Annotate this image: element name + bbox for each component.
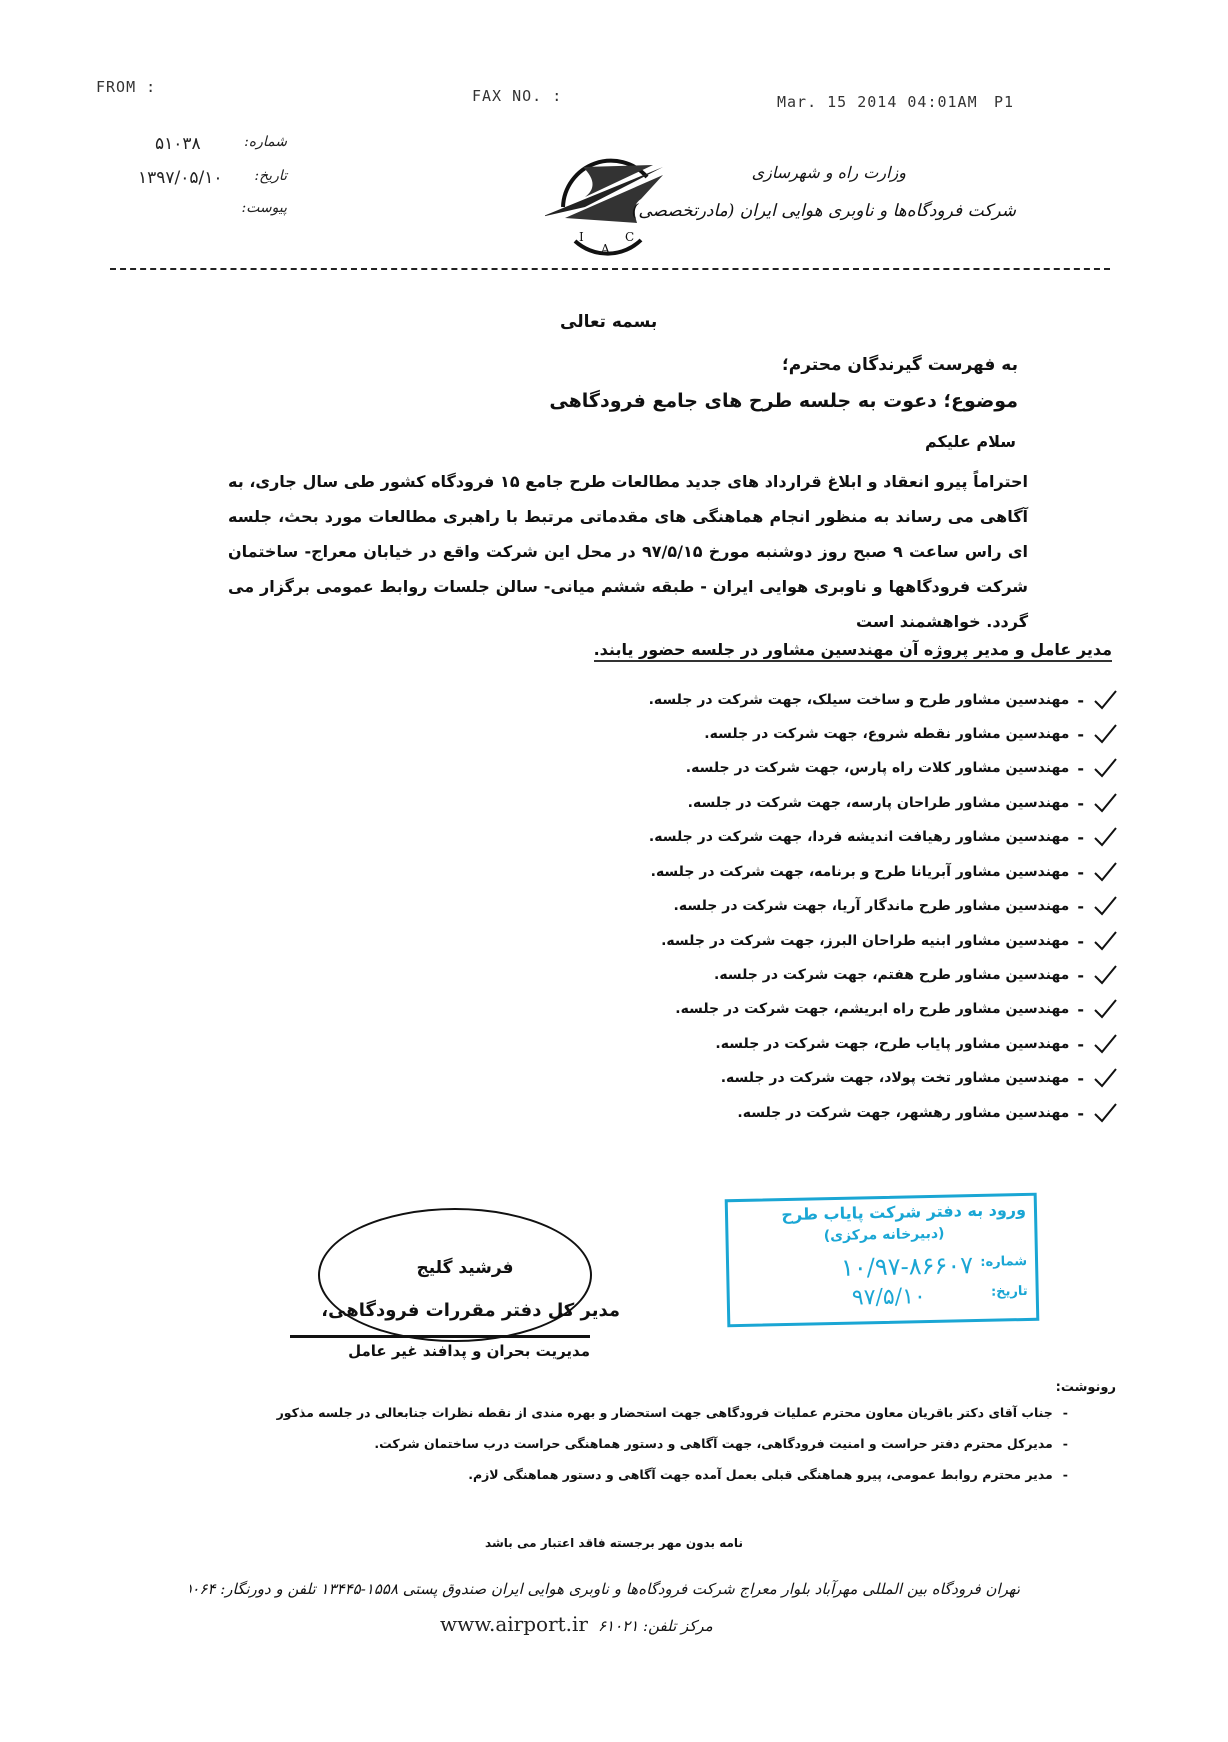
letter-body: احتراماً پیرو انعقاد و ابلاغ قرارداد های… bbox=[228, 464, 1028, 639]
footer-address: تهران فرودگاه بین المللی مهرآباد بلوار م… bbox=[190, 1580, 1020, 1598]
letter-date-label: تاریخ: bbox=[232, 168, 287, 184]
svg-text:C: C bbox=[625, 230, 634, 244]
svg-text:A: A bbox=[600, 242, 610, 256]
footer-notice: نامه بدون مهر برجسته فاقد اعتبار می باشد bbox=[0, 1536, 1228, 1550]
cc-item: -مدیرکل محترم دفتر حراست و امنیت فرودگاه… bbox=[374, 1436, 1068, 1451]
letter-body-last-line: مدیر عامل و مدیر پروژه آن مهندسین مشاور … bbox=[594, 640, 1112, 662]
list-item: -مهندسین مشاور نقطه شروع، جهت شرکت در جل… bbox=[704, 719, 1118, 749]
subject-line: موضوع؛ دعوت به جلسه طرح های جامع فرودگاه… bbox=[318, 390, 1018, 412]
letter-number-label: شماره: bbox=[232, 134, 287, 150]
header-divider bbox=[110, 268, 1110, 270]
cc-item: -جناب آقای دکتر باقریان معاون محترم عملی… bbox=[277, 1405, 1068, 1420]
checkmark-icon bbox=[1092, 826, 1118, 848]
checkmark-icon bbox=[1092, 861, 1118, 883]
list-item: -مهندسین مشاور طرح هفتم، جهت شرکت در جلس… bbox=[714, 960, 1118, 990]
fax-number: FAX NO. : bbox=[472, 87, 562, 105]
cc-item: -مدیر محترم روابط عمومی، پیرو هماهنگی قب… bbox=[468, 1467, 1068, 1482]
stamp-number-value: ۱۰/۹۷-۸۶۶۰۷ bbox=[841, 1251, 974, 1282]
svg-text:I: I bbox=[579, 230, 584, 244]
list-item: -مهندسین مشاور طرح ماندگار آریا، جهت شرک… bbox=[674, 891, 1118, 921]
checkmark-icon bbox=[1092, 998, 1118, 1020]
checkmark-icon bbox=[1092, 964, 1118, 986]
list-item: -مهندسین مشاور کلات راه پارس، جهت شرکت د… bbox=[686, 753, 1118, 783]
stamp-date-value: ۹۷/۵/۱۰ bbox=[852, 1284, 926, 1311]
letter-attachment-label: پیوست: bbox=[232, 200, 287, 216]
checkmark-icon bbox=[1092, 930, 1118, 952]
fax-datetime: Mar. 15 2014 04:01AM bbox=[777, 93, 978, 111]
letter-number-value: ۵۱۰۳۸ bbox=[155, 134, 201, 154]
stamp-date-label: تاریخ: bbox=[991, 1284, 1028, 1300]
phone-center: مرکز تلفن: ۶۱۰۲۱ bbox=[598, 1617, 713, 1635]
footer-contact: www.airport.ir مرکز تلفن: ۶۱۰۲۱ bbox=[440, 1612, 713, 1636]
invocation: بسمه تعالی bbox=[560, 312, 657, 332]
stamp-title: ورود به دفتر شرکت پایاب طرح bbox=[781, 1200, 1026, 1224]
list-item: -مهندسین مشاور طرح و ساخت سیلک، جهت شرکت… bbox=[649, 685, 1118, 715]
signatory-name: فرشید گلیج bbox=[370, 1258, 560, 1278]
list-item: -مهندسین مشاور پایاب طرح، جهت شرکت در جل… bbox=[715, 1029, 1118, 1059]
list-item: -مهندسین مشاور طراحان پارسه، جهت شرکت در… bbox=[688, 788, 1118, 818]
recipient-line: به فهرست گیرندگان محترم؛ bbox=[418, 355, 1018, 375]
list-item: -مهندسین مشاور رهشهر، جهت شرکت در جلسه. bbox=[737, 1098, 1118, 1128]
stamp-subtitle: (دبیرخانه مرکزی) bbox=[824, 1226, 945, 1245]
list-item: -مهندسین مشاور آبریانا طرح و برنامه، جهت… bbox=[651, 857, 1118, 887]
list-item: -مهندسین مشاور تخت پولاد، جهت شرکت در جل… bbox=[721, 1063, 1118, 1093]
checkmark-icon bbox=[1092, 1033, 1118, 1055]
ministry-name: وزارت راه و شهرسازی bbox=[606, 163, 906, 182]
signatory-department: مدیریت بحران و پدافند غیر عامل bbox=[290, 1342, 590, 1360]
signature-underline bbox=[290, 1335, 590, 1338]
signatory-title: مدیر کل دفتر مقررات فرودگاهی، bbox=[290, 1300, 620, 1321]
stamp-number-label: شماره: bbox=[980, 1254, 1027, 1270]
list-item: -مهندسین مشاور طرح راه ابریشم، جهت شرکت … bbox=[675, 994, 1118, 1024]
cc-label: رونوشت: bbox=[1056, 1380, 1116, 1395]
letter-date-value: ۱۳۹۷/۰۵/۱۰ bbox=[138, 168, 223, 188]
checkmark-icon bbox=[1092, 1102, 1118, 1124]
fax-page: P1 bbox=[994, 93, 1014, 111]
checkmark-icon bbox=[1092, 792, 1118, 814]
fax-from: FROM : bbox=[96, 78, 156, 96]
checkmark-icon bbox=[1092, 895, 1118, 917]
checkmark-icon bbox=[1092, 1067, 1118, 1089]
website-link[interactable]: www.airport.ir bbox=[440, 1612, 588, 1636]
company-name: شرکت فرودگاه‌ها و ناوبری هوایی ایران (ما… bbox=[596, 201, 1016, 221]
list-item: -مهندسین مشاور ابنیه طراحان البرز، جهت ش… bbox=[661, 926, 1118, 956]
greeting: سلام علیکم bbox=[816, 432, 1016, 451]
checkmark-icon bbox=[1092, 723, 1118, 745]
receipt-stamp: ورود به دفتر شرکت پایاب طرح (دبیرخانه مر… bbox=[725, 1193, 1040, 1328]
checkmark-icon bbox=[1092, 689, 1118, 711]
checkmark-icon bbox=[1092, 757, 1118, 779]
list-item: -مهندسین مشاور رهیافت اندیشه فردا، جهت ش… bbox=[649, 822, 1118, 852]
